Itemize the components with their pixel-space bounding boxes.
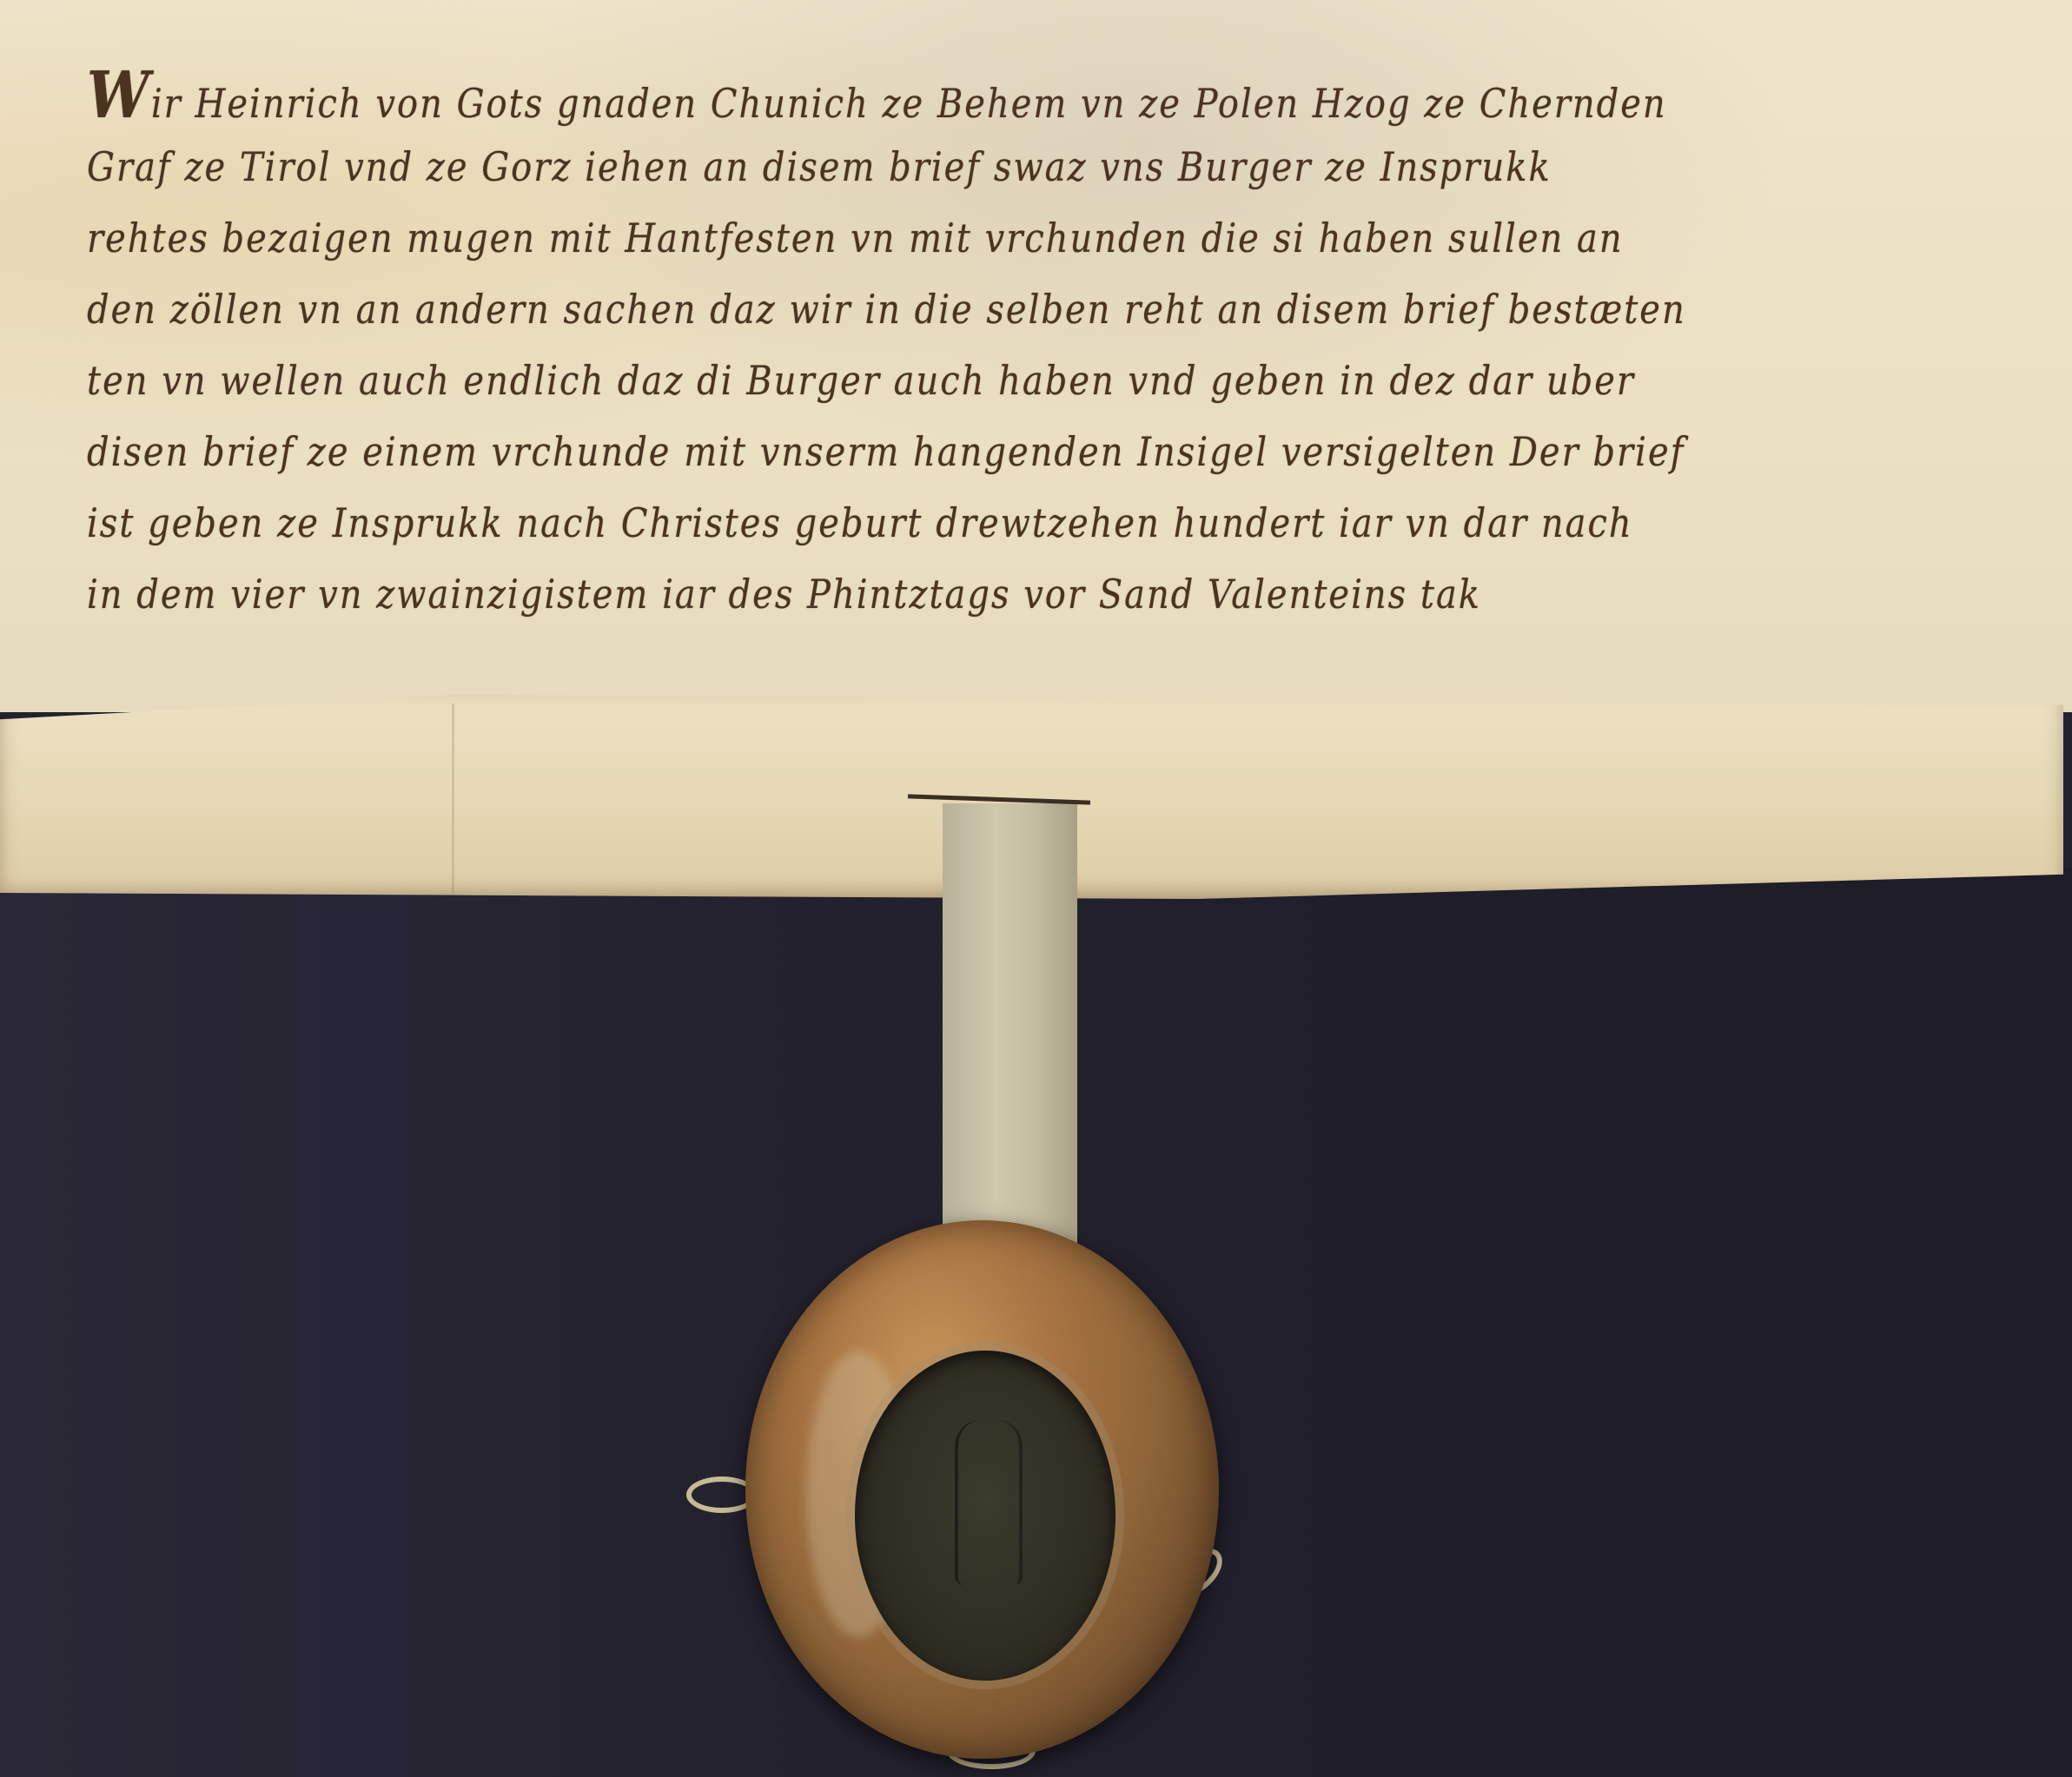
text-line-4: den zöllen vn an andern sachen daz wir i… xyxy=(87,269,2033,351)
charter-text: Wir Heinrich von Gots gnaden Chunich ze … xyxy=(87,61,2033,631)
text-line-5: ten vn wellen auch endlich daz di Burger… xyxy=(87,340,2033,422)
text-line-6: disen brief ze einem vrchunde mit vnserm… xyxy=(87,412,2033,493)
text-line-1: Wir Heinrich von Gots gnaden Chunich ze … xyxy=(87,56,2033,137)
fold-crease xyxy=(452,704,454,895)
text-line-2: Graf ze Tirol vnd ze Gorz iehen an disem… xyxy=(87,127,2033,208)
parchment-sheet: Wir Heinrich von Gots gnaden Chunich ze … xyxy=(0,0,2072,712)
wax-seal xyxy=(745,1220,1219,1759)
text-line-3: rehtes bezaigen mugen mit Hantfesten vn … xyxy=(87,198,2033,280)
text-line-8: in dem vier vn zwainzigistem iar des Phi… xyxy=(87,554,2033,636)
crowned-figure-icon xyxy=(955,1420,1023,1585)
decorated-initial: W xyxy=(87,58,151,133)
text-line-7: ist geben ze Insprukk nach Christes gebu… xyxy=(87,483,2033,565)
seal-impression xyxy=(855,1351,1115,1681)
background-stripe xyxy=(295,895,408,1777)
seal-strap xyxy=(943,803,1077,1255)
